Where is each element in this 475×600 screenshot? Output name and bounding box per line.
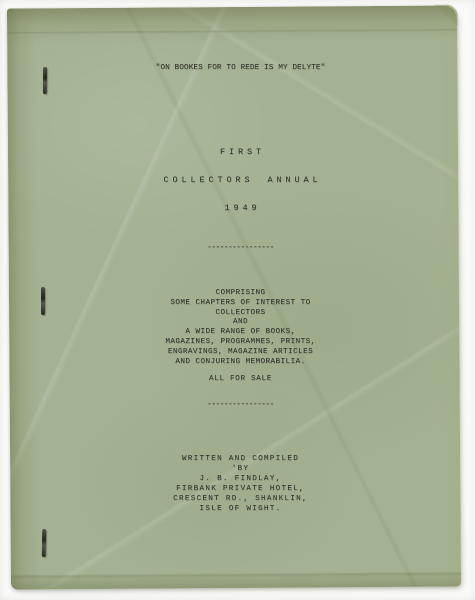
- author-line: CRESCENT RD., SHANKLIN,: [6, 494, 475, 504]
- comprising-line: SOME CHAPTERS OF INTEREST TO: [6, 299, 475, 309]
- comprising-line: ENGRAVINGS, MAGAZINE ARTICLES: [6, 348, 475, 358]
- author-line: WRITTEN AND COMPILED: [6, 454, 475, 464]
- author-line: FIRBANK PRIVATE HOTEL,: [6, 484, 475, 494]
- comprising-line: AND: [6, 318, 475, 328]
- divider-dashes: ----------------: [6, 244, 475, 252]
- comprising-line: AND CONJURING MEMORABILIA.: [6, 358, 475, 368]
- divider-dashes: ----------------: [6, 401, 475, 409]
- author-block: WRITTEN AND COMPILED 'BY J. B. FINDLAY, …: [6, 454, 475, 514]
- comprising-line: MAGAZINES, PROGRAMMES, PRINTS,: [6, 338, 475, 348]
- motto-line: "ON BOOKES FOR TO REDE IS MY DELYTE": [6, 64, 475, 72]
- author-line: J. B. FINDLAY,: [6, 474, 475, 484]
- cover-text: "ON BOOKES FOR TO REDE IS MY DELYTE" FIR…: [6, 0, 475, 600]
- comprising-block: COMPRISING SOME CHAPTERS OF INTEREST TO …: [6, 289, 475, 367]
- author-line: 'BY: [6, 464, 475, 474]
- comprising-line: COLLECTORS: [6, 309, 475, 319]
- all-for-sale-line: ALL FOR SALE: [6, 375, 475, 383]
- title-year: 1949: [10, 203, 475, 213]
- photo-frame: "ON BOOKES FOR TO REDE IS MY DELYTE" FIR…: [0, 0, 475, 600]
- author-line: ISLE OF WIGHT.: [6, 504, 475, 514]
- title-line-annual: COLLECTORS ANNUAL: [10, 175, 475, 185]
- comprising-line: COMPRISING: [6, 289, 475, 299]
- comprising-line: A WIDE RANGE OF BOOKS,: [6, 328, 475, 338]
- title-line-first: FIRST: [10, 147, 475, 157]
